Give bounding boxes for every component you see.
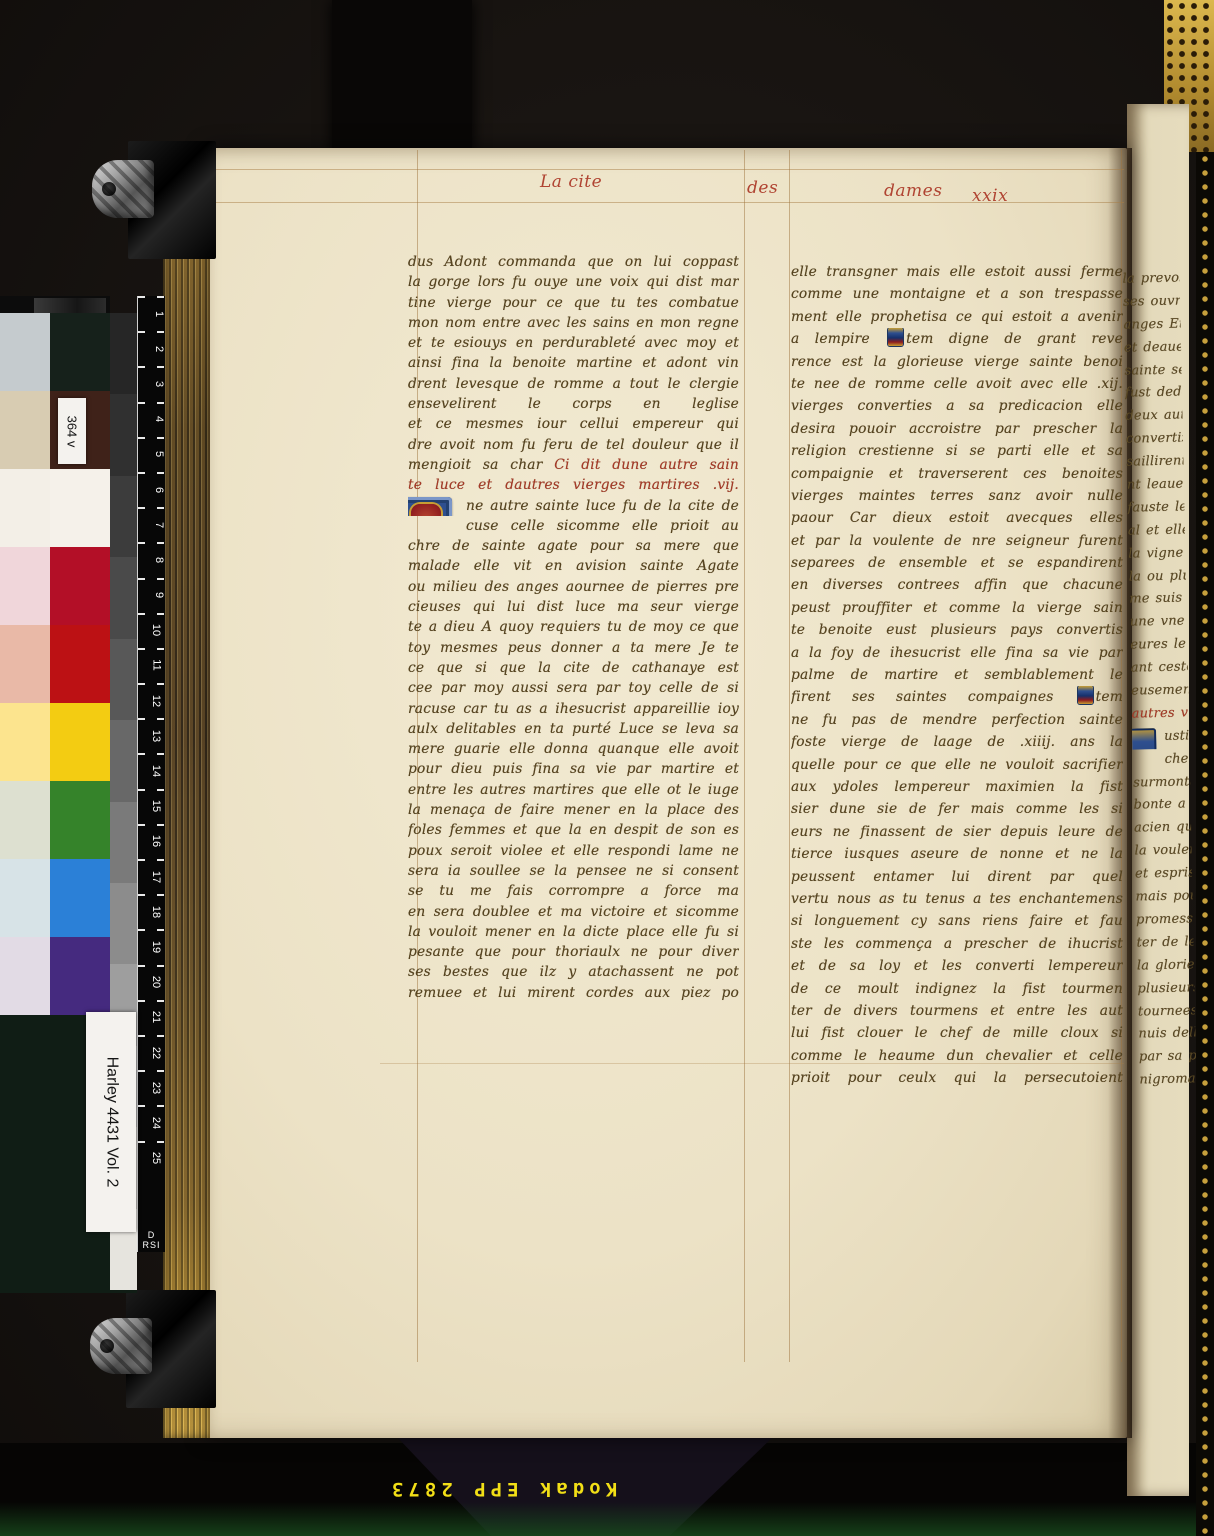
manuscript-line: ensevelirent le corps en leglise honorab… bbox=[408, 394, 739, 414]
manuscript-text: peust prouffiter et comme la vierge sain bbox=[791, 600, 1123, 616]
ruler-segment: 24 bbox=[138, 1105, 165, 1140]
manuscript-line: et par la voulente de nre seigneur furen… bbox=[791, 530, 1123, 552]
manuscript-text: desira pouoir accroistre par prescher la bbox=[791, 421, 1123, 437]
color-chart-patches bbox=[0, 313, 110, 1015]
ruler-number: 9 bbox=[153, 592, 165, 598]
manuscript-text: te nee de romme celle avoit avec elle .x… bbox=[791, 376, 1123, 392]
gray-step bbox=[110, 476, 137, 557]
manuscript-text: et ce mesmes iour cellui empereur qui al… bbox=[408, 416, 739, 434]
manuscript-text: comme une montaigne et a son trespasse bbox=[791, 286, 1123, 302]
ruler-number: 15 bbox=[150, 800, 162, 812]
manuscript-text: mon nom entre avec les sains en mon regn… bbox=[408, 315, 739, 331]
manuscript-text: convertiz vier bbox=[1126, 430, 1183, 447]
manuscript-line: aulx delitables en ta purté Luce se leva… bbox=[408, 719, 739, 739]
manuscript-line: foste vierge de laage de .xiiij. ans la bbox=[791, 731, 1123, 753]
color-patch bbox=[0, 703, 50, 781]
manuscript-line: et ce mesmes iour cellui empereur qui al… bbox=[408, 414, 739, 434]
manuscript-line: cieuses qui lui dist luce ma seur vierge… bbox=[408, 597, 739, 617]
manuscript-line: se tu me fais corrompre a force ma chast… bbox=[408, 881, 739, 901]
manuscript-text: tierce iusques aseure de nonne et ne la bbox=[791, 846, 1123, 862]
ruler-segment: 15 bbox=[138, 789, 165, 824]
manuscript-text: et te esiouys en perdurableté avec moy e… bbox=[408, 335, 739, 351]
manuscript-text: a la foy de ihesucrist elle fina sa vie … bbox=[791, 645, 1123, 661]
ruler-number: 18 bbox=[150, 906, 162, 918]
ruler-number: 22 bbox=[150, 1046, 162, 1058]
ruler-number: 4 bbox=[153, 416, 165, 422]
manuscript-line: dre avoit nom fu feru de tel douleur que… bbox=[408, 435, 739, 455]
manuscript-text: ensevelirent le corps en leglise honorab… bbox=[408, 396, 739, 414]
manuscript-text: se tu me fais corrompre a force ma chast… bbox=[408, 883, 739, 901]
manuscript-text: religion crestienne si se parti elle et … bbox=[791, 443, 1123, 459]
manuscript-text: racuse car tu as a ihesucrist appareilli… bbox=[408, 701, 739, 717]
ruling-line-horizontal bbox=[216, 169, 1124, 170]
ruler-segment: 6 bbox=[138, 472, 165, 507]
manuscript-line: ste les commença a prescher de ihucrist bbox=[791, 933, 1123, 955]
manuscript-line: compaignie et traverserent ces benoites bbox=[791, 463, 1123, 485]
manuscript-text: foles femmes et que la en despit de son … bbox=[408, 822, 739, 838]
manuscript-text: drent levesque de romme a tout le clergi… bbox=[408, 376, 739, 394]
manuscript-line: saillirent au bbox=[1126, 451, 1183, 475]
manuscript-line: une vne voix bbox=[1130, 611, 1187, 635]
manuscript-line: ainsi fina la benoite martine et adont v… bbox=[408, 353, 739, 373]
ruler-number: 10 bbox=[150, 624, 162, 636]
manuscript-line: foles femmes et que la en despit de son … bbox=[408, 820, 739, 840]
manuscript-line: ant ceste chose bbox=[1131, 657, 1188, 681]
color-patch bbox=[50, 781, 110, 859]
manuscript-line: acien que il f bbox=[1134, 817, 1191, 841]
manuscript-text: lui fist clouer le chef de mille cloux s… bbox=[791, 1025, 1123, 1041]
manuscript-text: la vigne port bbox=[1128, 544, 1185, 561]
running-title-folio-number: xxix bbox=[972, 186, 1008, 206]
gilt-edge-right bbox=[1196, 152, 1214, 1536]
manuscript-line: surmonta l bbox=[1133, 771, 1190, 795]
ruler-segment: 21 bbox=[138, 1000, 165, 1035]
page-clip-top bbox=[92, 160, 154, 218]
manuscript-line: par sa pred bbox=[1139, 1046, 1196, 1070]
manuscript-text: tournees pour bbox=[1138, 1002, 1195, 1019]
manuscript-text: ant ceste chose bbox=[1131, 658, 1188, 675]
text-column-a: dus Adont commanda que on lui coppastla … bbox=[408, 252, 739, 1003]
manuscript-text: ne fu pas de mendre perfection sainte bbox=[791, 712, 1123, 728]
manuscript-text: aulx delitables en ta purté Luce se leva… bbox=[408, 721, 739, 737]
manuscript-text: ste les commença a prescher de ihucrist bbox=[791, 936, 1123, 952]
manuscript-line: te luce et dautres vierges martires .vij… bbox=[408, 475, 739, 495]
manuscript-text: peussent entamer lui dirent par quel bbox=[791, 869, 1123, 885]
manuscript-text: dus Adont commanda que on lui coppast bbox=[408, 254, 739, 270]
ruler-segment: 12 bbox=[138, 683, 165, 718]
manuscript-line: tournees pour bbox=[1138, 1000, 1195, 1024]
folio-number-sticker: 364 v bbox=[58, 398, 86, 464]
page-clip-bottom bbox=[90, 1318, 152, 1374]
manuscript-line: nigromancie bbox=[1139, 1068, 1196, 1092]
manuscript-line: eusement Co bbox=[1131, 679, 1188, 703]
running-title-part: La cite bbox=[540, 172, 602, 192]
ruler-number: 8 bbox=[153, 557, 165, 563]
manuscript-text: pesante que pour thoriaulx ne pour diver bbox=[408, 944, 739, 960]
manuscript-line: la glorieuse bbox=[1137, 954, 1194, 978]
ruler-segment: 22 bbox=[138, 1035, 165, 1070]
manuscript-line: pour dieu puis fina sa vie par martire e… bbox=[408, 759, 739, 779]
running-title-part: des bbox=[747, 178, 778, 198]
color-patch bbox=[0, 391, 50, 469]
manuscript-text: remuee et lui mirent cordes aux piez po bbox=[408, 985, 739, 1001]
manuscript-line: religion crestienne si se parti elle et … bbox=[791, 440, 1123, 462]
manuscript-line: pesante que pour thoriaulx ne pour diver bbox=[408, 942, 739, 962]
manuscript-line: ce que si que la cite de cathanaye est e… bbox=[408, 658, 739, 678]
manuscript-text: rence est la glorieuse vierge sainte ben… bbox=[791, 354, 1123, 370]
color-patch bbox=[50, 703, 110, 781]
ruler-number: 16 bbox=[150, 835, 162, 847]
color-patch bbox=[0, 547, 50, 625]
manuscript-line: ne autre sainte luce fu de la cite de si… bbox=[408, 496, 739, 516]
manuscript-line: desira pouoir accroistre par prescher la bbox=[791, 418, 1123, 440]
color-patch bbox=[50, 859, 110, 937]
ruler-number: 2 bbox=[153, 346, 165, 352]
manuscript-line: vierges maintes terres sanz avoir nulle bbox=[791, 485, 1123, 507]
color-patch bbox=[50, 469, 110, 547]
text-column-b: elle transgner mais elle estoit aussi fe… bbox=[791, 261, 1123, 1089]
manuscript-line: lui fist clouer le chef de mille cloux s… bbox=[791, 1022, 1123, 1044]
manuscript-line: al et elle diso bbox=[1128, 519, 1185, 543]
manuscript-line: sainte seure de d bbox=[1124, 359, 1181, 383]
manuscript-line: remuee et lui mirent cordes aux piez po bbox=[408, 983, 739, 1003]
manuscript-line: comme le heaume dun chevalier et celle bbox=[791, 1045, 1123, 1067]
manuscript-text: la glorieuse bbox=[1137, 957, 1194, 974]
color-patch-row bbox=[0, 859, 110, 937]
film-edge-glow bbox=[0, 1502, 1214, 1536]
manuscript-text: cieuses qui lui dist luce ma seur vierge… bbox=[408, 599, 739, 617]
ruler-segment: 20 bbox=[138, 965, 165, 1000]
ruler-number: 17 bbox=[150, 870, 162, 882]
gray-step bbox=[110, 720, 137, 801]
manuscript-line: la vigne port bbox=[1128, 542, 1185, 566]
manuscript-line: la ou plusieu bbox=[1129, 565, 1186, 589]
ruler-number: 20 bbox=[150, 976, 162, 988]
manuscript-text: si longuement cy sans riens faire et fau bbox=[791, 913, 1123, 929]
manuscript-text: et espris de sain bbox=[1135, 864, 1192, 881]
manuscript-text: anges Et quant bbox=[1123, 315, 1180, 332]
manuscript-line: ustine sain bbox=[1132, 725, 1189, 749]
manuscript-line: poux seroit violee et elle respondi lame… bbox=[408, 841, 739, 861]
manuscript-line: mon nom entre avec les sains en mon regn… bbox=[408, 313, 739, 333]
manuscript-text: saillirent au bbox=[1126, 453, 1183, 470]
manuscript-line: ne fu pas de mendre perfection sainte bbox=[791, 709, 1123, 731]
manuscript-text: cee par moy aussi sera par toy celle de … bbox=[408, 680, 739, 696]
manuscript-text: eurs ne finassent de sier depuis leure d… bbox=[791, 824, 1123, 840]
ruler-number: 7 bbox=[153, 522, 165, 528]
manuscript-line: anges Et quant bbox=[1123, 313, 1180, 337]
rubric-text: Ci dit dune autre sain bbox=[554, 457, 739, 473]
color-patch-row bbox=[0, 313, 110, 391]
manuscript-text: eusement bbox=[1131, 682, 1188, 698]
color-patch-row bbox=[0, 937, 110, 1015]
manuscript-line: toy mesmes peus donner a ta mere Je te n… bbox=[408, 638, 739, 658]
ruler-segment: 17 bbox=[138, 859, 165, 894]
manuscript-text: poux seroit violee et elle respondi lame… bbox=[408, 843, 739, 859]
manuscript-text: al et elle diso bbox=[1128, 521, 1185, 538]
ruler-number: 11 bbox=[150, 660, 162, 671]
manuscript-line: te benoite eust plusieurs pays convertis bbox=[791, 619, 1123, 641]
manuscript-text: prioit pour ceulx qui la persecutoient bbox=[791, 1070, 1123, 1086]
manuscript-line: sera ia soullee se la pensee ne si conse… bbox=[408, 861, 739, 881]
ruler-number: 1 bbox=[153, 311, 165, 317]
manuscript-text: la voulente d bbox=[1134, 842, 1191, 859]
manuscript-line: me suis ou m bbox=[1129, 588, 1186, 612]
manuscript-text: dre avoit nom fu feru de tel douleur que… bbox=[408, 437, 739, 453]
manuscript-text: ment elle prophetisa ce qui estoit a ave… bbox=[791, 309, 1123, 325]
manuscript-text: mais pour bbox=[1135, 888, 1192, 904]
manuscript-text: palme de martire et semblablement le bbox=[791, 667, 1123, 683]
manuscript-line: ter de divers tourmens et entre les aut bbox=[791, 1000, 1123, 1022]
manuscript-text: nigromancie bbox=[1139, 1071, 1196, 1088]
manuscript-line: tierce iusques aseure de nonne et ne la bbox=[791, 843, 1123, 865]
manuscript-line: te a dieu A quoy requiers tu de moy ce q… bbox=[408, 617, 739, 637]
manuscript-text: sera ia soullee se la pensee ne si conse… bbox=[408, 863, 739, 881]
manuscript-line: elle transgner mais elle estoit aussi fe… bbox=[791, 261, 1123, 283]
manuscript-text: eures le pere bbox=[1130, 636, 1187, 653]
manuscript-text: toy mesmes peus donner a ta mere Je te n… bbox=[408, 640, 739, 658]
manuscript-line: fust dedens l bbox=[1125, 382, 1182, 406]
manuscript-line: si longuement cy sans riens faire et fau bbox=[791, 910, 1123, 932]
manuscript-line: ses ouvriers et d bbox=[1123, 290, 1180, 314]
manuscript-line: eurs ne finassent de sier depuis leure d… bbox=[791, 821, 1123, 843]
manuscript-line: la gorge lors fu ouye une voix qui dist … bbox=[408, 272, 739, 292]
manuscript-text: la gorge lors fu ouye une voix qui dist … bbox=[408, 274, 739, 290]
manuscript-line: paour Car dieux estoit avecques elles bbox=[791, 507, 1123, 529]
manuscript-line: mengioit sa char Ci dit dune autre sain bbox=[408, 455, 739, 475]
manuscript-text: a lempire bbox=[791, 331, 885, 347]
manuscript-line: mais pour bbox=[1135, 885, 1192, 909]
manuscript-text: la menaça de faire mener en la place des bbox=[408, 802, 739, 818]
manuscript-text: en sera doublee et ma victoire et sicomm… bbox=[408, 904, 739, 922]
manuscript-text: tem bbox=[1096, 689, 1123, 705]
manuscript-line: entre les autres martires que elle ot le… bbox=[408, 780, 739, 800]
manuscript-line: et te esiouys en perdurableté avec moy e… bbox=[408, 333, 739, 353]
ruler-number: 6 bbox=[153, 486, 165, 492]
manuscript-line: vertu nous as tu tenus a tes enchantemen… bbox=[791, 888, 1123, 910]
color-patch bbox=[50, 937, 110, 1015]
manuscript-text: malade elle vit en avision sainte Agate bbox=[408, 558, 739, 574]
manuscript-text: paour Car dieux estoit avecques elles bbox=[791, 510, 1123, 526]
film-edge-label: Kodak EPP 2873 bbox=[332, 1478, 672, 1500]
manuscript-line: et espris de sain bbox=[1135, 863, 1192, 887]
manuscript-line: mere guarie elle donna quanque elle avoi… bbox=[408, 739, 739, 759]
manuscript-text: chre de sainte agate pour sa mere que es… bbox=[408, 538, 739, 556]
manuscript-line: sier dune sie de fer mais comme les si bbox=[791, 798, 1123, 820]
manuscript-text: nt leaue voulo bbox=[1127, 476, 1184, 493]
manuscript-text: et deaue boul bbox=[1124, 338, 1181, 355]
manuscript-line: nt leaue voulo bbox=[1127, 473, 1184, 497]
manuscript-line: la prevost fu co bbox=[1122, 267, 1179, 291]
manuscript-text: promesses ric bbox=[1136, 910, 1193, 927]
manuscript-text: vierges maintes terres sanz avoir nulle bbox=[791, 488, 1123, 504]
color-patch bbox=[50, 313, 110, 391]
ruler-number: 23 bbox=[150, 1082, 162, 1094]
manuscript-line: de ce moult indignez la fist tourmen bbox=[791, 978, 1123, 1000]
ruler-number: 21 bbox=[150, 1011, 162, 1023]
manuscript-text: plusieurs fou bbox=[1137, 979, 1194, 996]
ruler-segment: 14 bbox=[138, 753, 165, 788]
manuscript-text: ne autre sainte luce fu de la cite de si… bbox=[466, 498, 739, 516]
manuscript-line: racuse car tu as a ihesucrist appareilli… bbox=[408, 699, 739, 719]
manuscript-text: et par la voulente de nre seigneur furen… bbox=[791, 533, 1123, 549]
color-patch-row bbox=[0, 547, 110, 625]
gilt-fore-edge-left bbox=[163, 146, 210, 1438]
gray-step bbox=[110, 883, 137, 964]
ruler-segment: 23 bbox=[138, 1070, 165, 1105]
ruler-number: 13 bbox=[150, 730, 162, 742]
manuscript-line: en diverses contrees affin que chacune bbox=[791, 574, 1123, 596]
manuscript-text: mengioit sa char bbox=[408, 457, 554, 473]
ruler-segment: 10 bbox=[138, 613, 165, 648]
manuscript-text: surmonta l bbox=[1133, 774, 1190, 791]
color-patch-row bbox=[0, 703, 110, 781]
manuscript-line: peust prouffiter et comme la vierge sain bbox=[791, 597, 1123, 619]
manuscript-text: tem digne de grant reve bbox=[906, 331, 1123, 347]
manuscript-text: nuis delle et bbox=[1138, 1025, 1195, 1042]
manuscript-line: deux autres bbox=[1125, 405, 1182, 429]
color-patch bbox=[0, 937, 50, 1015]
manuscript-line: peussent entamer lui dirent par quel bbox=[791, 866, 1123, 888]
manuscript-text: acien que il f bbox=[1134, 819, 1191, 836]
manuscript-text: aux ydoles lempereur maximien la fist bbox=[791, 779, 1123, 795]
manuscript-line: tine vierge pour ce que tu tes combatue … bbox=[408, 293, 739, 313]
ruler-segment: 9 bbox=[138, 578, 165, 613]
manuscript-text: ce que si que la cite de cathanaye est e… bbox=[408, 660, 739, 678]
gray-step bbox=[110, 802, 137, 883]
ruler-number: 5 bbox=[153, 451, 165, 457]
color-patch-row bbox=[0, 469, 110, 547]
manuscript-text: elle transgner mais elle estoit aussi fe… bbox=[791, 264, 1123, 280]
manuscript-line: chre de sainte agate pour sa mere que es… bbox=[408, 536, 739, 556]
manuscript-text: cuse celle sicomme elle prioit au sepul bbox=[466, 518, 739, 536]
illuminated-initial bbox=[1132, 728, 1157, 749]
manuscript-line: et deaue boul bbox=[1124, 336, 1181, 360]
manuscript-text: che ieunes bbox=[1165, 750, 1190, 767]
manuscript-text: me suis ou m bbox=[1129, 590, 1186, 607]
manuscript-text: pour dieu puis fina sa vie par martire e… bbox=[408, 761, 739, 777]
manuscript-line: malade elle vit en avision sainte Agate bbox=[408, 556, 739, 576]
manuscript-text: ses bestes que ilz y atachassent ne pot … bbox=[408, 964, 739, 982]
manuscript-line: dus Adont commanda que on lui coppast bbox=[408, 252, 739, 272]
manuscript-text: sainte seure de d bbox=[1124, 361, 1181, 379]
manuscript-text: deux autres bbox=[1125, 407, 1182, 424]
photographic-ruler: 1234567891011121314151617181920212223242… bbox=[137, 296, 165, 1252]
manuscript-text: fauste les toucho bbox=[1127, 498, 1184, 515]
ruler-number: 14 bbox=[150, 765, 162, 777]
manuscript-line: drent levesque de romme a tout le clergi… bbox=[408, 374, 739, 394]
manuscript-line: la vouloit mener en la dicte place elle … bbox=[408, 922, 739, 942]
manuscript-text: mere guarie elle donna quanque elle avoi… bbox=[408, 741, 739, 757]
color-patch bbox=[0, 859, 50, 937]
manuscript-text: ou milieu des anges aournee de pierres p… bbox=[408, 579, 739, 595]
ruler-segment: 18 bbox=[138, 894, 165, 929]
manuscript-line: convertiz vier bbox=[1126, 428, 1183, 452]
manuscript-text: ainsi fina la benoite martine et adont v… bbox=[408, 355, 739, 371]
color-patch bbox=[0, 625, 50, 703]
manuscript-line: aux ydoles lempereur maximien la fist bbox=[791, 776, 1123, 798]
manuscript-text: separees de ensemble et se espandirent bbox=[791, 555, 1123, 571]
manuscript-text: la ou plusieu bbox=[1129, 567, 1186, 584]
manuscript-text: te benoite eust plusieurs pays convertis bbox=[791, 622, 1123, 638]
manuscript-line: separees de ensemble et se espandirent bbox=[791, 552, 1123, 574]
shelfmark-sticker: Harley 4431 Vol. 2 bbox=[86, 1012, 136, 1232]
ruler-segment: 2 bbox=[138, 331, 165, 366]
manuscript-text: comme le heaume dun chevalier et celle bbox=[791, 1048, 1123, 1064]
color-patch-row bbox=[0, 781, 110, 859]
manuscript-line: te nee de romme celle avoit avec elle .x… bbox=[791, 373, 1123, 395]
champie-initial bbox=[1078, 686, 1093, 704]
running-title-part: dames bbox=[884, 181, 942, 201]
manuscript-text: ter de divers tourmens et entre les aut bbox=[791, 1003, 1123, 1019]
rubric-text: autres vierges . bbox=[1132, 704, 1189, 721]
manuscript-line: ter de lennemi bbox=[1136, 931, 1193, 955]
folio-number-label: 364 v bbox=[65, 415, 80, 447]
manuscript-text: tine vierge pour ce que tu tes combatue … bbox=[408, 295, 739, 313]
cradle-strap bbox=[332, 0, 472, 154]
manuscript-line: fauste les toucho bbox=[1127, 496, 1184, 520]
manuscript-line: quelle pour ce que elle ne vouloit sacri… bbox=[791, 754, 1123, 776]
manuscript-text: sier dune sie de fer mais comme les si bbox=[791, 801, 1123, 817]
ruler-number: 12 bbox=[150, 695, 162, 707]
champie-initial bbox=[888, 328, 903, 346]
manuscript-line: che ieunes bbox=[1132, 748, 1189, 772]
color-patch bbox=[50, 547, 110, 625]
ruler-segment: 1 bbox=[138, 296, 165, 331]
ruler-segment: 7 bbox=[138, 507, 165, 542]
gray-step bbox=[110, 557, 137, 638]
ruler-end-label: D RSI bbox=[138, 1230, 165, 1250]
color-patch-row bbox=[0, 625, 110, 703]
manuscript-line: palme de martire et semblablement le bbox=[791, 664, 1123, 686]
manuscript-text: entre les autres martires que elle ot le… bbox=[408, 782, 739, 798]
manuscript-text: ses ouvriers et d bbox=[1123, 292, 1180, 309]
manuscript-text: bonte a lin bbox=[1133, 796, 1190, 813]
ruler-number: 24 bbox=[150, 1117, 162, 1129]
manuscript-line: eures le pere bbox=[1130, 634, 1187, 658]
color-patch bbox=[0, 313, 50, 391]
ruler-segment: 4 bbox=[138, 402, 165, 437]
manuscript-line: ment elle prophetisa ce qui estoit a ave… bbox=[791, 306, 1123, 328]
manuscript-line: nuis delle et bbox=[1138, 1023, 1195, 1047]
gray-step bbox=[110, 639, 137, 720]
manuscript-text: une vne voix bbox=[1130, 613, 1187, 630]
manuscript-photo-scene: Kodak EPP 2873 1234567891011121314151617… bbox=[0, 0, 1214, 1536]
manuscript-line: a lempire tem digne de grant reve bbox=[791, 328, 1123, 350]
ruler-segment: 16 bbox=[138, 824, 165, 859]
ruler-segment: 25 bbox=[138, 1141, 165, 1176]
manuscript-text: fust dedens l bbox=[1125, 384, 1182, 401]
ruler-number: 3 bbox=[153, 381, 165, 387]
manuscript-line: autres vierges . bbox=[1131, 702, 1188, 726]
manuscript-line: comme une montaigne et a son trespasse bbox=[791, 283, 1123, 305]
manuscript-line: cee par moy aussi sera par toy celle de … bbox=[408, 678, 739, 698]
manuscript-line: prioit pour ceulx qui la persecutoient bbox=[791, 1067, 1123, 1089]
manuscript-text: te a dieu A quoy requiers tu de moy ce q… bbox=[408, 619, 739, 635]
gray-step bbox=[110, 313, 137, 394]
manuscript-line: et de sa loy et les converti lempereur bbox=[791, 955, 1123, 977]
gray-step bbox=[110, 394, 137, 475]
manuscript-text: la prevost fu co bbox=[1122, 269, 1179, 286]
ruling-line-vertical bbox=[789, 150, 790, 1362]
ruler-segment: 8 bbox=[138, 542, 165, 577]
color-patch-row bbox=[0, 391, 110, 469]
manuscript-text: foste vierge de laage de .xiiij. ans la bbox=[791, 734, 1123, 750]
manuscript-line: ses bestes que ilz y atachassent ne pot … bbox=[408, 962, 739, 982]
rubric-text: te luce et dautres vierges martires .vij… bbox=[408, 477, 739, 493]
ruler-number: 25 bbox=[150, 1152, 162, 1164]
manuscript-text: compaignie et traverserent ces benoites bbox=[791, 466, 1123, 482]
